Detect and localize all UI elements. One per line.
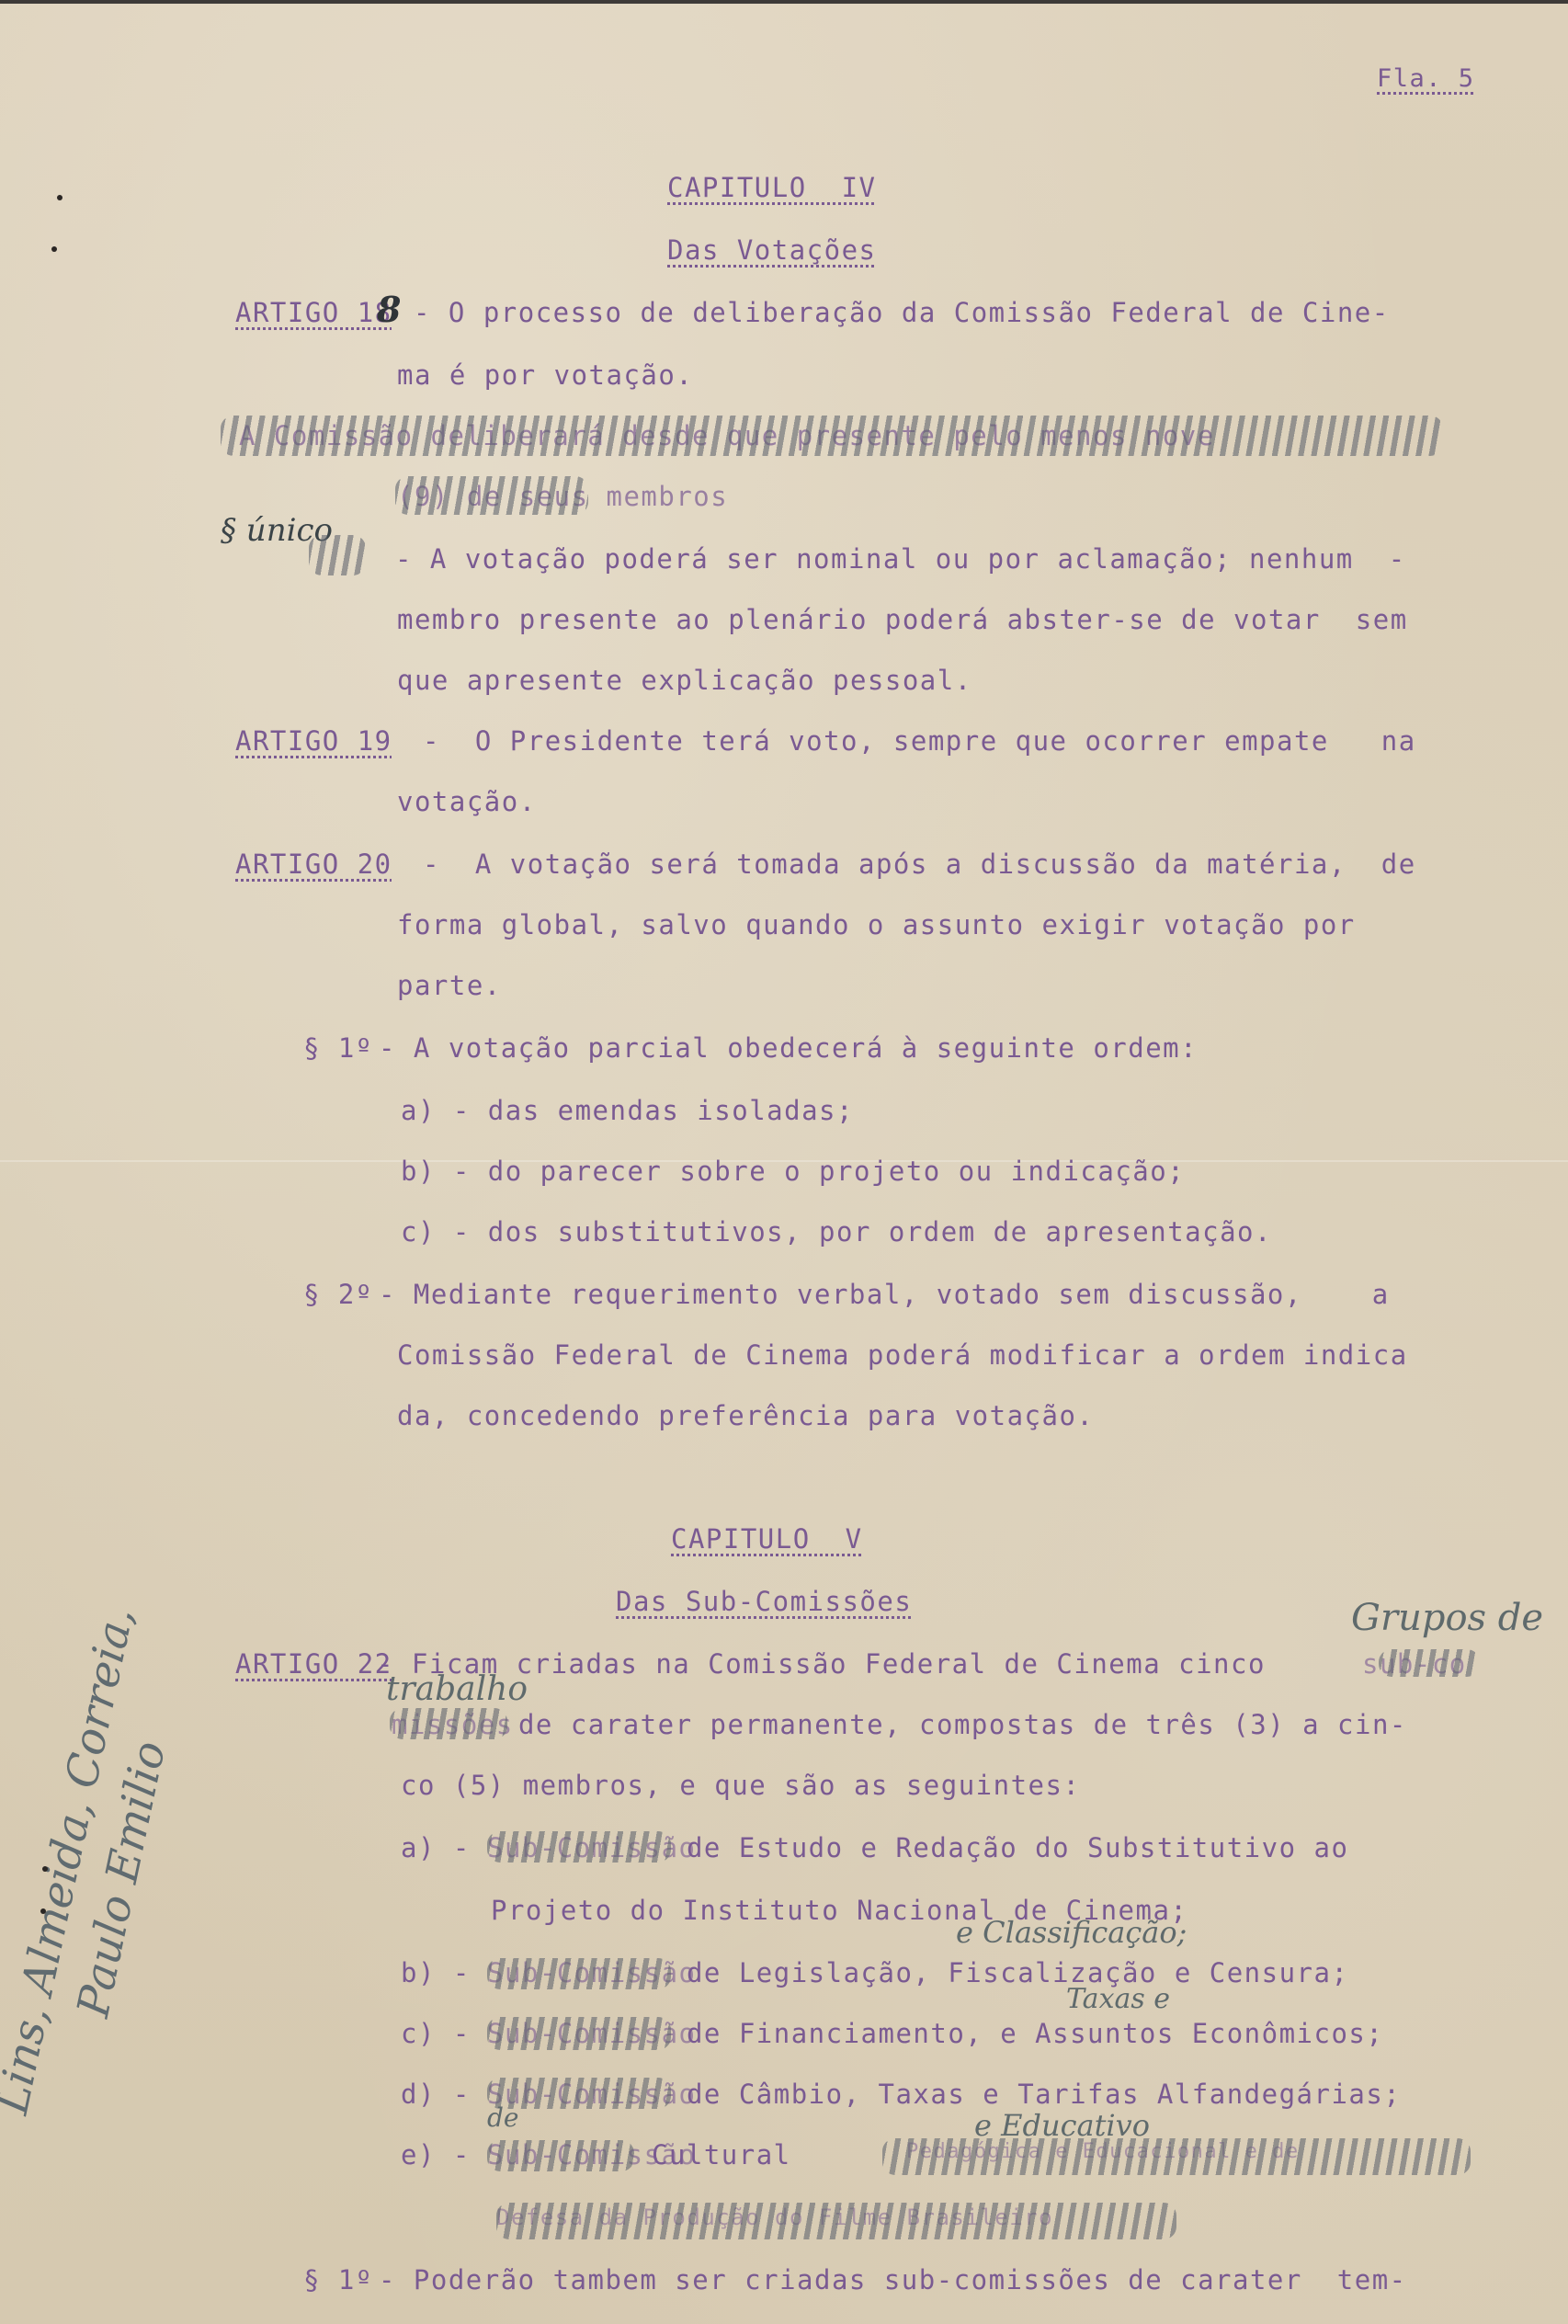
punch-dot — [51, 246, 57, 252]
handwritten-note-grupos: Grupos de — [1351, 1600, 1543, 1636]
chapter-title: CAPITULO IV — [667, 175, 877, 201]
article-label: ARTIGO 22 — [235, 1651, 392, 1678]
chapter-subtitle: Das Votações — [667, 237, 877, 264]
paragraph-label: § 1º — [303, 2267, 373, 2294]
article-text: de carater permanente, compostas de três… — [501, 1712, 1407, 1738]
list-item: c) - dos substitutivos, por ordem de apr… — [401, 1219, 1272, 1246]
article-text: ma é por votação. — [397, 362, 693, 389]
list-item: de Legislação, Fiscalização e Censura; — [669, 1960, 1348, 1987]
list-prefix: e) - — [401, 2142, 488, 2169]
handwritten-note-trabalho: trabalho — [386, 1673, 528, 1706]
list-item: de Financiamento, e Assuntos Econômicos; — [669, 2021, 1383, 2047]
article-text: - O processo de deliberação da Comissão … — [414, 300, 1390, 326]
chapter-title: CAPITULO V — [671, 1526, 863, 1553]
article-label: ARTIGO 19 — [235, 728, 392, 755]
chapter-subtitle: Das Sub-Comissões — [616, 1589, 912, 1615]
list-item: b) - do parecer sobre o projeto ou indic… — [401, 1158, 1185, 1185]
ink-scribble — [1379, 1649, 1480, 1677]
ink-scribble — [487, 1831, 671, 1863]
ink-scribble — [487, 1958, 671, 1989]
paragraph-text: - A votação parcial obedecerá à seguinte… — [379, 1035, 1198, 1062]
list-prefix: d) - — [401, 2081, 488, 2108]
ink-scribble — [395, 476, 588, 515]
punch-dot — [42, 1866, 48, 1872]
handwritten-note: Taxas e — [1066, 1986, 1170, 2013]
handwritten-number: 8 — [377, 292, 401, 327]
scan-edge — [0, 0, 1568, 4]
article-label: ARTIGO 18 — [235, 300, 392, 326]
punch-dot — [57, 195, 62, 200]
ink-scribble — [882, 2138, 1471, 2175]
paragraph-text: - Poderão tambem ser criadas sub-comissõ… — [379, 2267, 1407, 2294]
article-text: votação. — [397, 789, 537, 815]
paragraph-text: que apresente explicação pessoal. — [397, 667, 972, 694]
handwritten-note: e Classificação; — [956, 1918, 1187, 1947]
list-prefix: c) - — [401, 2021, 488, 2047]
handwritten-note-de: de — [487, 2105, 519, 2131]
ink-scribble — [221, 416, 1443, 456]
ink-scribble — [309, 535, 366, 575]
list-item: Cultural — [634, 2142, 791, 2169]
paragraph-text: da, concedendo preferência para votação. — [397, 1403, 1094, 1430]
list-item: a) - das emendas isoladas; — [401, 1098, 854, 1124]
ink-scribble — [487, 2017, 671, 2050]
paragraph-text: membro presente ao plenário poderá abste… — [397, 607, 1408, 633]
paragraph-text: - Mediante requerimento verbal, votado s… — [379, 1282, 1390, 1308]
handwritten-note: e Educativo — [974, 2111, 1150, 2140]
page-marker: Fla. 5 — [1377, 66, 1475, 91]
article-text: - O Presidente terá voto, sempre que oco… — [423, 728, 1416, 755]
list-item: de Câmbio, Taxas e Tarifas Alfandegárias… — [669, 2081, 1401, 2108]
article-text: co (5) membros, e que são as seguintes: — [401, 1772, 1080, 1799]
article-text: - A votação será tomada após a discussão… — [423, 851, 1416, 878]
article-label: ARTIGO 20 — [235, 851, 392, 878]
paragraph-label: § 1º — [303, 1035, 373, 1062]
punch-dot — [40, 1908, 46, 1914]
paragraph-text: - A votação poderá ser nominal ou por ac… — [395, 546, 1406, 573]
list-prefix: a) - — [401, 1835, 488, 1862]
article-text: forma global, salvo quando o assunto exi… — [397, 912, 1356, 939]
ink-scribble — [390, 1708, 507, 1739]
ink-scribble — [487, 2140, 634, 2171]
ink-scribble — [496, 2203, 1176, 2239]
paragraph-label: § 2º — [303, 1282, 373, 1308]
list-prefix: b) - — [401, 1960, 488, 1987]
list-item: de Estudo e Redação do Substitutivo ao — [669, 1835, 1348, 1862]
article-text: parte. — [397, 973, 502, 999]
paragraph-text: Comissão Federal de Cinema poderá modifi… — [397, 1342, 1408, 1369]
